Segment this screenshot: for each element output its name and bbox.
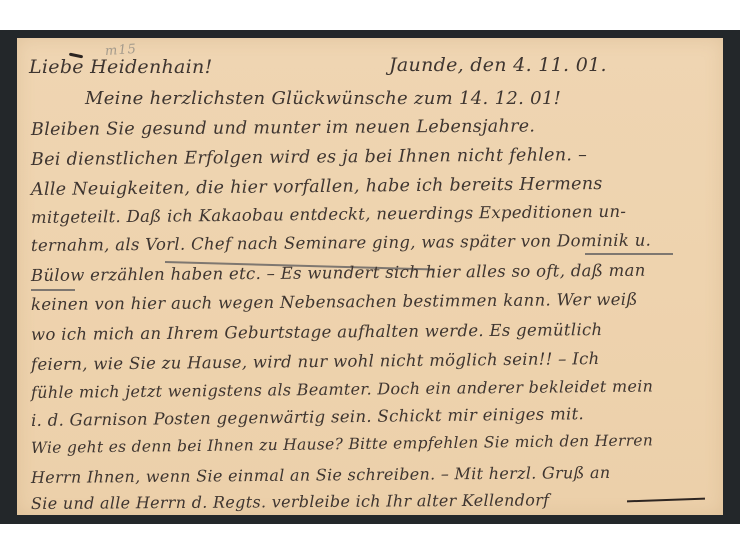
text-line-3: Bei dienstlichen Erfolgen wird es ja bei… — [31, 145, 587, 170]
text-line-12: i. d. Garnison Posten gegenwärtig sein. … — [31, 404, 584, 430]
text-line-14: Herrn Ihnen, wenn Sie einmal an Sie schr… — [31, 463, 611, 487]
text-line-2: Bleiben Sie gesund und munter im neuen L… — [31, 116, 535, 140]
text-line-8: keinen von hier auch wegen Nebensachen b… — [31, 290, 638, 314]
postcard: m15 Liebe Heidenhain! Jaunde, den 4. 11.… — [17, 38, 723, 515]
text-line-15: Sie und alle Herrn d. Regts. verbleibe i… — [31, 490, 549, 513]
signature-flourish — [627, 498, 705, 503]
text-line-7: Bülow erzählen haben etc. – Es wundert s… — [31, 261, 646, 285]
text-line-4: Alle Neuigkeiten, die hier vorfallen, ha… — [31, 174, 603, 200]
place-date: Jaunde, den 4. 11. 01. — [389, 54, 607, 76]
text-line-13: Wie geht es denn bei Ihnen zu Hause? Bit… — [31, 431, 653, 457]
pencil-underline-dominik — [585, 253, 673, 255]
text-line-6: ternahm, als Vorl. Chef nach Seminare gi… — [31, 231, 651, 255]
text-line-5: mitgeteilt. Daß ich Kakaobau entdeckt, n… — [31, 202, 626, 227]
text-line-10: feiern, wie Sie zu Hause, wird nur wohl … — [31, 349, 600, 374]
text-line-11: fühle mich jetzt wenigstens als Beamter.… — [31, 376, 653, 402]
salutation: Liebe Heidenhain! — [29, 56, 213, 78]
text-line-9: wo ich mich an Ihrem Geburtstage aufhalt… — [31, 320, 603, 344]
pencil-underline-bulow — [31, 289, 75, 291]
text-line-1: Meine herzlichsten Glückwünsche zum 14. … — [85, 88, 561, 109]
